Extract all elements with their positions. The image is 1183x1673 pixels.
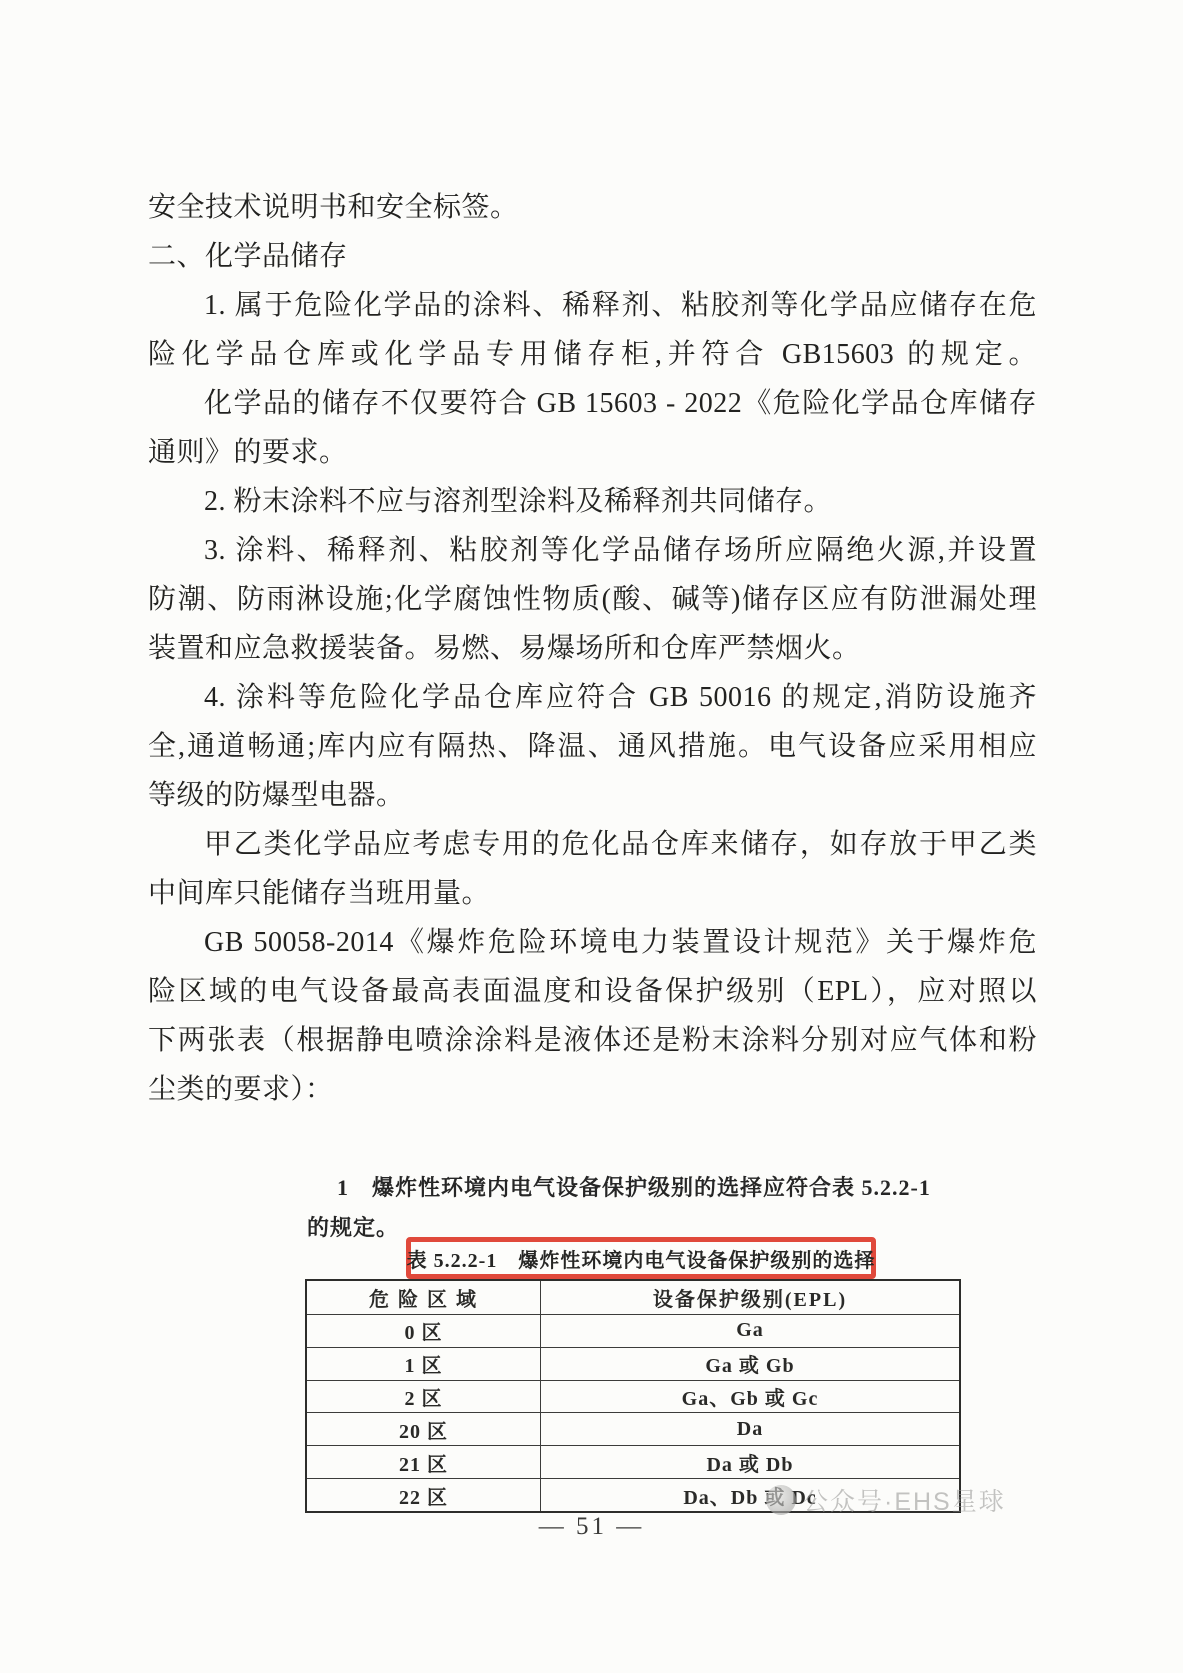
watermark: 公众号·EHS星球 (766, 1482, 1006, 1518)
table-cell-epl: Ga 或 Gb (540, 1347, 959, 1380)
body-text-line: 甲乙类化学品应考虑专用的危化品仓库来储存，如存放于甲乙类 (148, 820, 1037, 869)
epl-selection-table: 危 险 区 域 设备保护级别(EPL) 0 区 Ga 1 区 Ga 或 Gb 2… (305, 1279, 961, 1513)
table-cell-epl: Da 或 Db (540, 1445, 959, 1478)
body-text-line: 4. 涂料等危险化学品仓库应符合 GB 50016 的规定,消防设施齐 (148, 673, 1037, 722)
body-text-line: 防潮、防雨淋设施;化学腐蚀性物质(酸、碱等)储存区应有防泄漏处理 (148, 575, 1037, 624)
table-cell-zone: 20 区 (307, 1412, 540, 1445)
table-cell-epl: Ga、Gb 或 Gc (540, 1380, 959, 1413)
body-text-line: GB 50058-2014《爆炸危险环境电力装置设计规范》关于爆炸危 (148, 918, 1037, 967)
table-cell-zone: 2 区 (307, 1380, 540, 1413)
body-text-line: 中间库只能储存当班用量。 (148, 869, 1037, 918)
document-page: 安全技术说明书和安全标签。 二、化学品储存 1. 属于危险化学品的涂料、稀释剂、… (0, 0, 1183, 1673)
body-text-line: 险化学品仓库或化学品专用储存柜,并符合 GB15603 的规定。 (148, 330, 1037, 379)
body-text-line: 2. 粉末涂料不应与溶剂型涂料及稀释剂共同储存。 (148, 477, 1037, 526)
body-text-line: 安全技术说明书和安全标签。 (148, 183, 1037, 232)
body-text-line: 1. 属于危险化学品的涂料、稀释剂、粘胶剂等化学品应储存在危 (148, 281, 1037, 330)
body-text-line: 装置和应急救援装备。易燃、易爆场所和仓库严禁烟火。 (148, 624, 1037, 673)
table-cell-epl: Ga (540, 1314, 959, 1347)
ehs-planet-icon (766, 1485, 796, 1515)
table-header-epl: 设备保护级别(EPL) (540, 1281, 959, 1314)
table-cell-epl: Da (540, 1412, 959, 1445)
table-header-zone: 危 险 区 域 (307, 1281, 540, 1314)
table-caption-highlight-box: 表 5.2.2-1 爆炸性环境内电气设备保护级别的选择 (406, 1237, 876, 1279)
body-text-line: 通则》的要求。 (148, 428, 1037, 477)
body-text-line: 全,通道畅通;库内应有隔热、降温、通风措施。电气设备应采用相应 (148, 722, 1037, 771)
body-text-line: 等级的防爆型电器。 (148, 771, 1037, 820)
body-text-line: 尘类的要求）： (148, 1065, 1037, 1114)
table-cell-zone: 22 区 (307, 1478, 540, 1511)
standard-excerpt-block: 1 爆炸性环境内电气设备保护级别的选择应符合表 5.2.2-1 的规定。 (307, 1168, 987, 1248)
body-text-line: 3. 涂料、稀释剂、粘胶剂等化学品储存场所应隔绝火源,并设置 (148, 526, 1037, 575)
body-text-line: 二、化学品储存 (148, 232, 1037, 281)
table-cell-zone: 21 区 (307, 1445, 540, 1478)
table-caption: 表 5.2.2-1 爆炸性环境内电气设备保护级别的选择 (407, 1244, 876, 1273)
excerpt-line: 1 爆炸性环境内电气设备保护级别的选择应符合表 5.2.2-1 (307, 1168, 987, 1208)
body-text-line: 化学品的储存不仅要符合 GB 15603 - 2022《危险化学品仓库储存 (148, 379, 1037, 428)
watermark-text: 公众号·EHS星球 (803, 1482, 1006, 1518)
table-cell-zone: 1 区 (307, 1347, 540, 1380)
body-text-line: 下两张表（根据静电喷涂涂料是液体还是粉末涂料分别对应气体和粉 (148, 1016, 1037, 1065)
body-text-line: 险区域的电气设备最高表面温度和设备保护级别（EPL），应对照以 (148, 967, 1037, 1016)
body-text-block: 安全技术说明书和安全标签。 二、化学品储存 1. 属于危险化学品的涂料、稀释剂、… (148, 183, 1037, 1114)
table-cell-zone: 0 区 (307, 1314, 540, 1347)
